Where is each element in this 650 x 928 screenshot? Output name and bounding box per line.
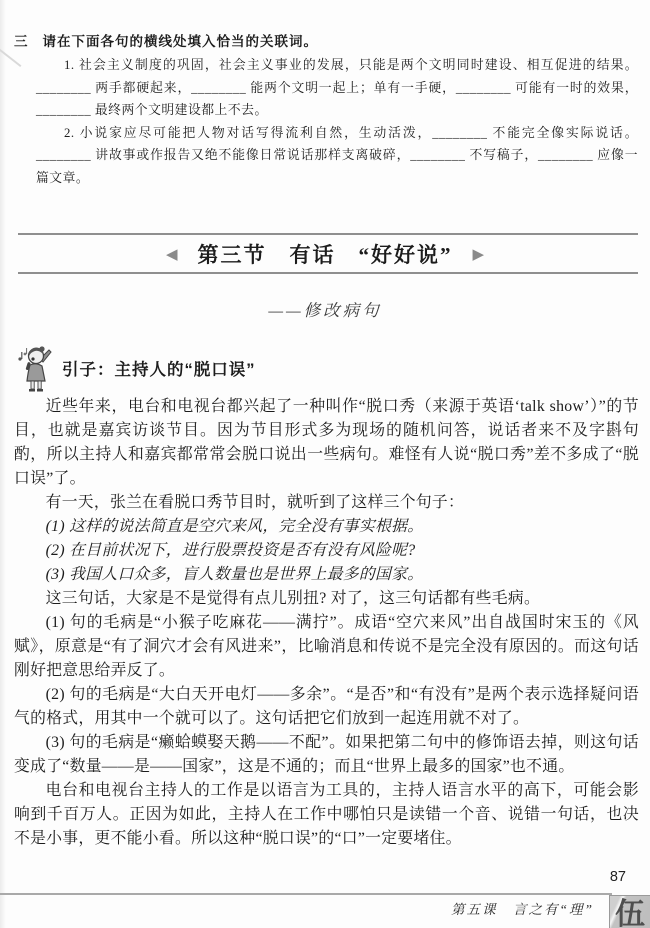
right-triangle-icon: ▶ [473, 247, 485, 262]
footer-rule [0, 893, 612, 895]
section-rule-top [18, 233, 638, 235]
exercise-item-1: 1. 社会主义制度的巩固，社会主义事业的发展，只能是两个文明同时建设、相互促进的… [36, 54, 638, 122]
section-subtitle: ——修改病句 [0, 297, 650, 321]
intro-heading-row: 引子：主持人的“脱口误” [16, 342, 256, 394]
section-title-row: ◀ 第三节 有话 “好好说” ▶ [0, 238, 650, 270]
paragraph: 电台和电视台主持人的工作是以语言为工具的，主持人语言水平的高下，可能会影响到千百… [14, 779, 639, 851]
section-title: 第三节 有话 “好好说” [198, 239, 453, 269]
chapter-thumb-tab: 伍 [609, 895, 650, 928]
paragraph: 这三句话，大家是不是觉得有点儿别扭? 对了，这三句话都有些毛病。 [14, 587, 639, 611]
page-number: 87 [610, 869, 626, 885]
section-rule-bottom [18, 272, 638, 274]
example-sentence-3: (3) 我国人口众多，盲人数量也是世界上最多的国家。 [14, 563, 639, 587]
intro-body: 近些年来，电台和电视台都兴起了一种叫作“脱口秀（来源于英语‘talk show’… [14, 395, 639, 851]
paragraph: 近些年来，电台和电视台都兴起了一种叫作“脱口秀（来源于英语‘talk show’… [14, 395, 639, 491]
singing-host-icon [16, 343, 54, 393]
footer-course-title: 第五课 言之有“理” [451, 898, 594, 918]
textbook-page: 三请在下面各句的横线处填入恰当的关联词。 1. 社会主义制度的巩固，社会主义事业… [0, 0, 650, 928]
example-sentence-1: (1) 这样的说法简直是空穴来风，完全没有事实根据。 [14, 515, 639, 539]
intro-heading: 引子：主持人的“脱口误” [62, 356, 256, 380]
exercise-section: 三请在下面各句的横线处填入恰当的关联词。 1. 社会主义制度的巩固，社会主义事业… [14, 30, 638, 190]
paragraph: (2) 句的毛病是“大白天开电灯——多余”。“是否”和“有没有”是两个表示选择疑… [14, 683, 639, 731]
left-triangle-icon: ◀ [166, 247, 178, 262]
paragraph: 有一天，张兰在看脱口秀节目时，就听到了这样三个句子： [14, 491, 639, 515]
chapter-tab-label: 伍 [615, 900, 645, 928]
example-sentence-2: (2) 在目前状况下，进行股票投资是否有没有风险呢? [14, 539, 639, 563]
paragraph: (1) 句的毛病是“小猴子吃麻花——满拧”。成语“空穴来风”出自战国时宋玉的《风… [14, 611, 639, 683]
exercise-heading: 三请在下面各句的横线处填入恰当的关联词。 [14, 30, 638, 54]
exercise-item-2: 2. 小说家应尽可能把人物对话写得流利自然，生动活泼，________ 不能完全… [36, 122, 638, 190]
scan-edge-shadow [0, 0, 6, 928]
paragraph: (3) 句的毛病是“癞蛤蟆娶天鹅——不配”。如果把第二句中的修饰语去掉，则这句话… [14, 731, 639, 779]
exercise-number: 三 [14, 34, 29, 49]
exercise-instruction: 请在下面各句的横线处填入恰当的关联词。 [43, 34, 319, 49]
